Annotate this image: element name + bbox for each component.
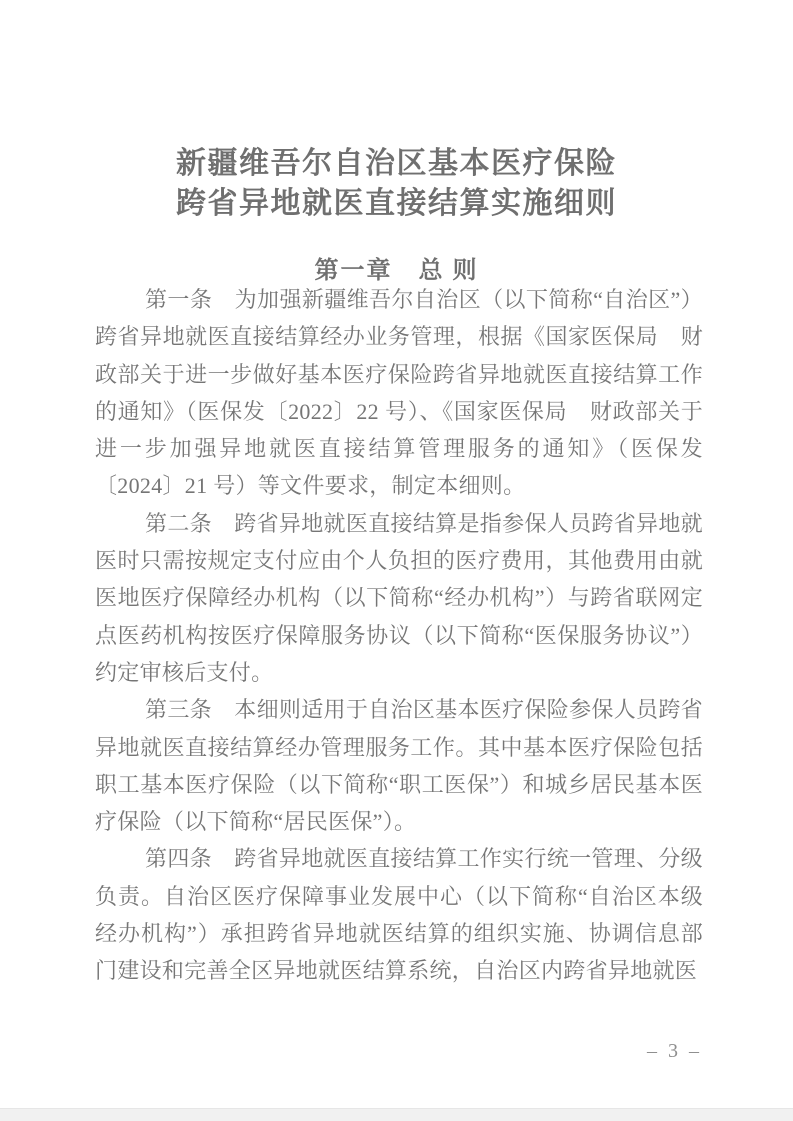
document-title-line-1: 新疆维吾尔自治区基本医疗保险	[0, 144, 793, 184]
paragraph: 第二条 跨省异地就医直接结算是指参保人员跨省异地就医时只需按规定支付应由个人负担…	[95, 505, 703, 691]
document-body: 第一条 为加强新疆维吾尔自治区（以下简称“自治区”）跨省异地就医直接结算经办业务…	[95, 281, 703, 990]
document-title-line-2: 跨省异地就医直接结算实施细则	[0, 184, 793, 224]
document-title: 新疆维吾尔自治区基本医疗保险 跨省异地就医直接结算实施细则	[0, 144, 793, 224]
document-page: 新疆维吾尔自治区基本医疗保险 跨省异地就医直接结算实施细则 第一章 总 则 第一…	[0, 0, 793, 1121]
chapter-heading: 第一章 总 则	[0, 250, 793, 285]
page-number: – 3 –	[647, 1040, 702, 1063]
paragraph: 第四条 跨省异地就医直接结算工作实行统一管理、分级负责。自治区医疗保障事业发展中…	[95, 840, 703, 989]
page-bottom-edge	[0, 1108, 793, 1121]
paragraph: 第一条 为加强新疆维吾尔自治区（以下简称“自治区”）跨省异地就医直接结算经办业务…	[95, 281, 703, 505]
paragraph: 第三条 本细则适用于自治区基本医疗保险参保人员跨省异地就医直接结算经办管理服务工…	[95, 691, 703, 840]
